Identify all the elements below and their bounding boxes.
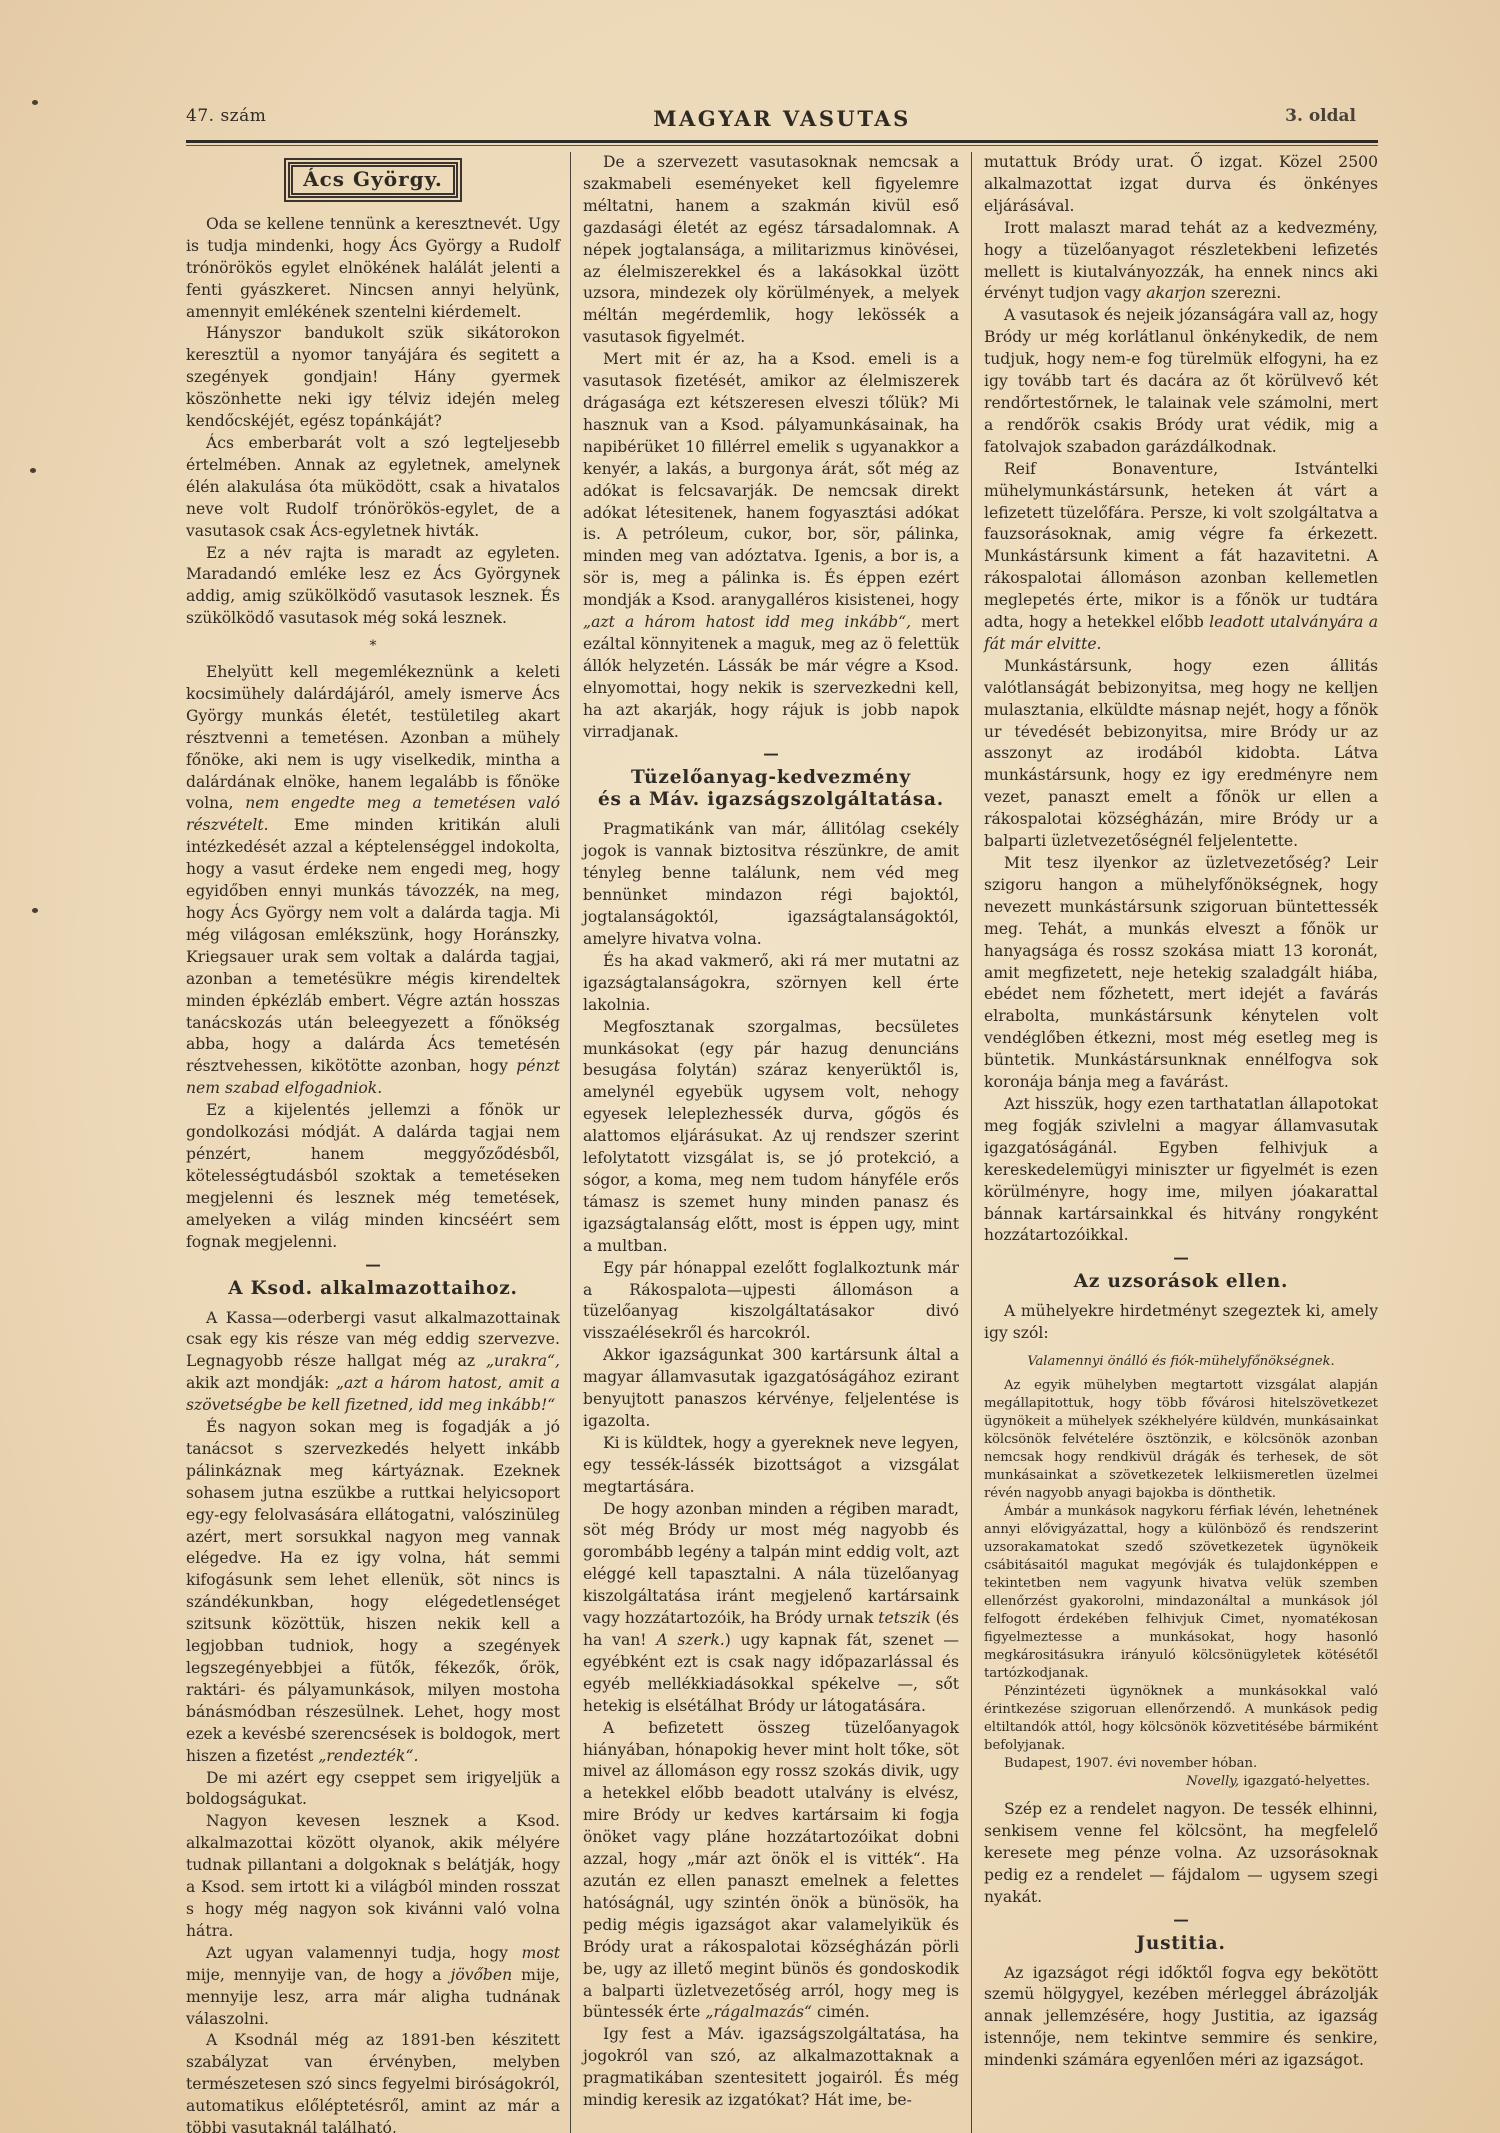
text: mert ezáltal könnyitenek a maguk, meg az… (583, 613, 959, 741)
signature-name: Novelly, (1186, 1774, 1239, 1789)
text: Eme minden kritikán aluli intézkedését a… (186, 816, 560, 1075)
paragraph: Szép ez a rendelet nagyon. De tessék elh… (984, 1799, 1378, 1909)
text: Ehelyütt kell megemlékeznünk a keleti ko… (186, 663, 560, 812)
paragraph: De mi azért egy cseppet sem irigyeljük a… (186, 1768, 560, 1812)
paragraph: A vasutasok és nejeik józanságára vall a… (984, 305, 1378, 458)
italic-text: akarjon (1146, 284, 1206, 302)
text: A befizetett összeg tüzelőanyagok hiányá… (583, 1719, 959, 2022)
paragraph: Ács emberbarát volt a szó legteljesebb é… (186, 433, 560, 543)
paragraph: Akkor igazságunkat 300 kartársunk által … (583, 1345, 959, 1433)
dash-separator: — (984, 1251, 1378, 1265)
paragraph: Mert mit ér az, ha a Ksod. emeli is a va… (583, 349, 959, 743)
paragraph: Ki is küldtek, hogy a gyereknek neve leg… (583, 1433, 959, 1499)
paragraph: Megfosztanak szorgalmas, becsületes munk… (583, 1017, 959, 1258)
italic-text: jövőben (451, 1966, 513, 1984)
paragraph: Az igazságot régi időktől fogva egy bekö… (984, 1963, 1378, 2073)
text: mije, mennyije van, de hogy a (186, 1966, 442, 1984)
section-title: A Ksod. alkalmazottaihoz. (186, 1278, 560, 1300)
ink-speck (32, 100, 38, 105)
masthead-title: MAGYAR VASUTAS (186, 106, 1378, 131)
paragraph: mutattuk Bródy urat. Ő izgat. Közel 2500… (984, 152, 1378, 218)
italic-text: „rendezték“. (318, 1747, 418, 1765)
italic-text: most (522, 1944, 560, 1962)
text: Reif Bonaventure, Istvántelki mühelymunk… (984, 460, 1378, 631)
paragraph: A Ksodnál még az 1891-ben készitett szab… (186, 2030, 560, 2133)
paragraph: Ez a név rajta is maradt az egyleten. Ma… (186, 543, 560, 631)
dash-separator: — (583, 747, 959, 761)
paragraph: Oda se kellene tennünk a keresztnevét. U… (186, 214, 560, 324)
header-rule (186, 140, 1378, 146)
dash-separator: — (984, 1913, 1378, 1927)
paragraph: És nagyon sokan meg is fogadják a jó tan… (186, 1417, 560, 1768)
paragraph: Munkástársunk, hogy ezen állitás valótla… (984, 656, 1378, 853)
paragraph: Azt hisszük, hogy ezen tarthatatlan álla… (984, 1094, 1378, 1247)
notice-date: Budapest, 1907. évi november hóban. (984, 1755, 1378, 1773)
dash-separator: — (186, 1258, 560, 1272)
paragraph: A befizetett összeg tüzelőanyagok hiányá… (583, 1718, 959, 2025)
title-line: és a Máv. igazságszolgáltatása. (598, 789, 944, 810)
running-head: 47. szám MAGYAR VASUTAS 3. oldal (186, 104, 1378, 138)
text: cimén. (817, 2003, 870, 2021)
paragraph: Mit tesz ilyenkor az üzletvezetőség? Lei… (984, 853, 1378, 1094)
section-title: Justitia. (984, 1933, 1378, 1955)
newspaper-page: 47. szám MAGYAR VASUTAS 3. oldal Ács Gyö… (186, 104, 1378, 2133)
paragraph: Ez a kijelentés jellemzi a főnök ur gond… (186, 1100, 560, 1253)
italic-text: „rágalmazás“ (705, 2003, 812, 2021)
section-title: Tüzelőanyag-kedvezményés a Máv. igazságs… (583, 767, 959, 811)
section-separator: * (186, 636, 560, 658)
paragraph: Hányszor bandukolt szük sikátorokon kere… (186, 323, 560, 433)
notice-paragraph: Ámbár a munkások nagykoru férfiak lévén,… (984, 1503, 1378, 1683)
paragraph: Pragmatikánk van már, állitólag csekély … (583, 819, 959, 950)
columns: Ács György. Oda se kellene tennünk a ker… (186, 152, 1378, 2133)
italic-text: A szerk. (656, 1631, 724, 1649)
paragraph: Irott malaszt marad tehát az a kedvezmén… (984, 218, 1378, 306)
text: szerezni. (1211, 284, 1281, 302)
notice-paragraph: Pénzintézeti ügynöknek a munkásokkal val… (984, 1683, 1378, 1755)
paragraph: Reif Bonaventure, Istvántelki mühelymunk… (984, 459, 1378, 656)
text: És nagyon sokan meg is fogadják a jó tan… (186, 1418, 560, 1765)
paragraph: És ha akad vakmerő, aki rá mer mutatni a… (583, 951, 959, 1017)
paragraph: Ehelyütt kell megemlékeznünk a keleti ko… (186, 662, 560, 1100)
paragraph: De a szervezett vasutasoknak nemcsak a s… (583, 152, 959, 349)
obituary-title: Ács György. (288, 162, 458, 198)
column-middle: De a szervezett vasutasoknak nemcsak a s… (570, 152, 972, 2133)
column-left: Ács György. Oda se kellene tennünk a ker… (186, 152, 570, 2133)
italic-text: tetszik (878, 1609, 930, 1627)
paragraph: Azt ugyan valamennyi tudja, hogy most mi… (186, 1943, 560, 2031)
italic-text: „azt a három hatost idd meg inkább“, (583, 613, 911, 631)
signature-title: igazgató-helyettes. (1243, 1774, 1370, 1789)
title-line: Tüzelőanyag-kedvezmény (631, 767, 911, 788)
text: Mert mit ér az, ha a Ksod. emeli is a va… (583, 350, 959, 609)
paragraph: Igy fest a Máv. igazságszolgáltatása, ha… (583, 2024, 959, 2112)
notice-signature: Novelly, igazgató-helyettes. (984, 1773, 1378, 1791)
paragraph: Egy pár hónappal ezelőtt foglalkoztunk m… (583, 1258, 959, 1346)
ink-speck (32, 908, 38, 913)
notice-paragraph: Az egyik mühelyben megtartott vizsgálat … (984, 1377, 1378, 1503)
paragraph: De hogy azonban minden a régiben maradt,… (583, 1499, 959, 1718)
ink-speck (30, 468, 36, 473)
page-number: 3. oldal (1285, 106, 1356, 126)
text: akik azt mondják: (186, 1374, 329, 1392)
paragraph: A mühelyekre hirdetményt szegeztek ki, a… (984, 1301, 1378, 1345)
paragraph: A Kassa—oderbergi vasut alkalmazottainak… (186, 1308, 560, 1418)
paragraph: Nagyon kevesen lesznek a Ksod. alkalmazo… (186, 1811, 560, 1942)
italic-text: „urakra“, (486, 1352, 560, 1370)
text: De hogy azonban minden a régiben maradt,… (583, 1500, 959, 1628)
section-title: Az uzsorások ellen. (984, 1271, 1378, 1293)
text: Azt ugyan valamennyi tudja, hogy (206, 1944, 508, 1962)
column-right: mutattuk Bródy urat. Ő izgat. Közel 2500… (972, 152, 1378, 2133)
notice-heading: Valamennyi önálló és fiók-mühelyfőnökség… (984, 1351, 1378, 1373)
